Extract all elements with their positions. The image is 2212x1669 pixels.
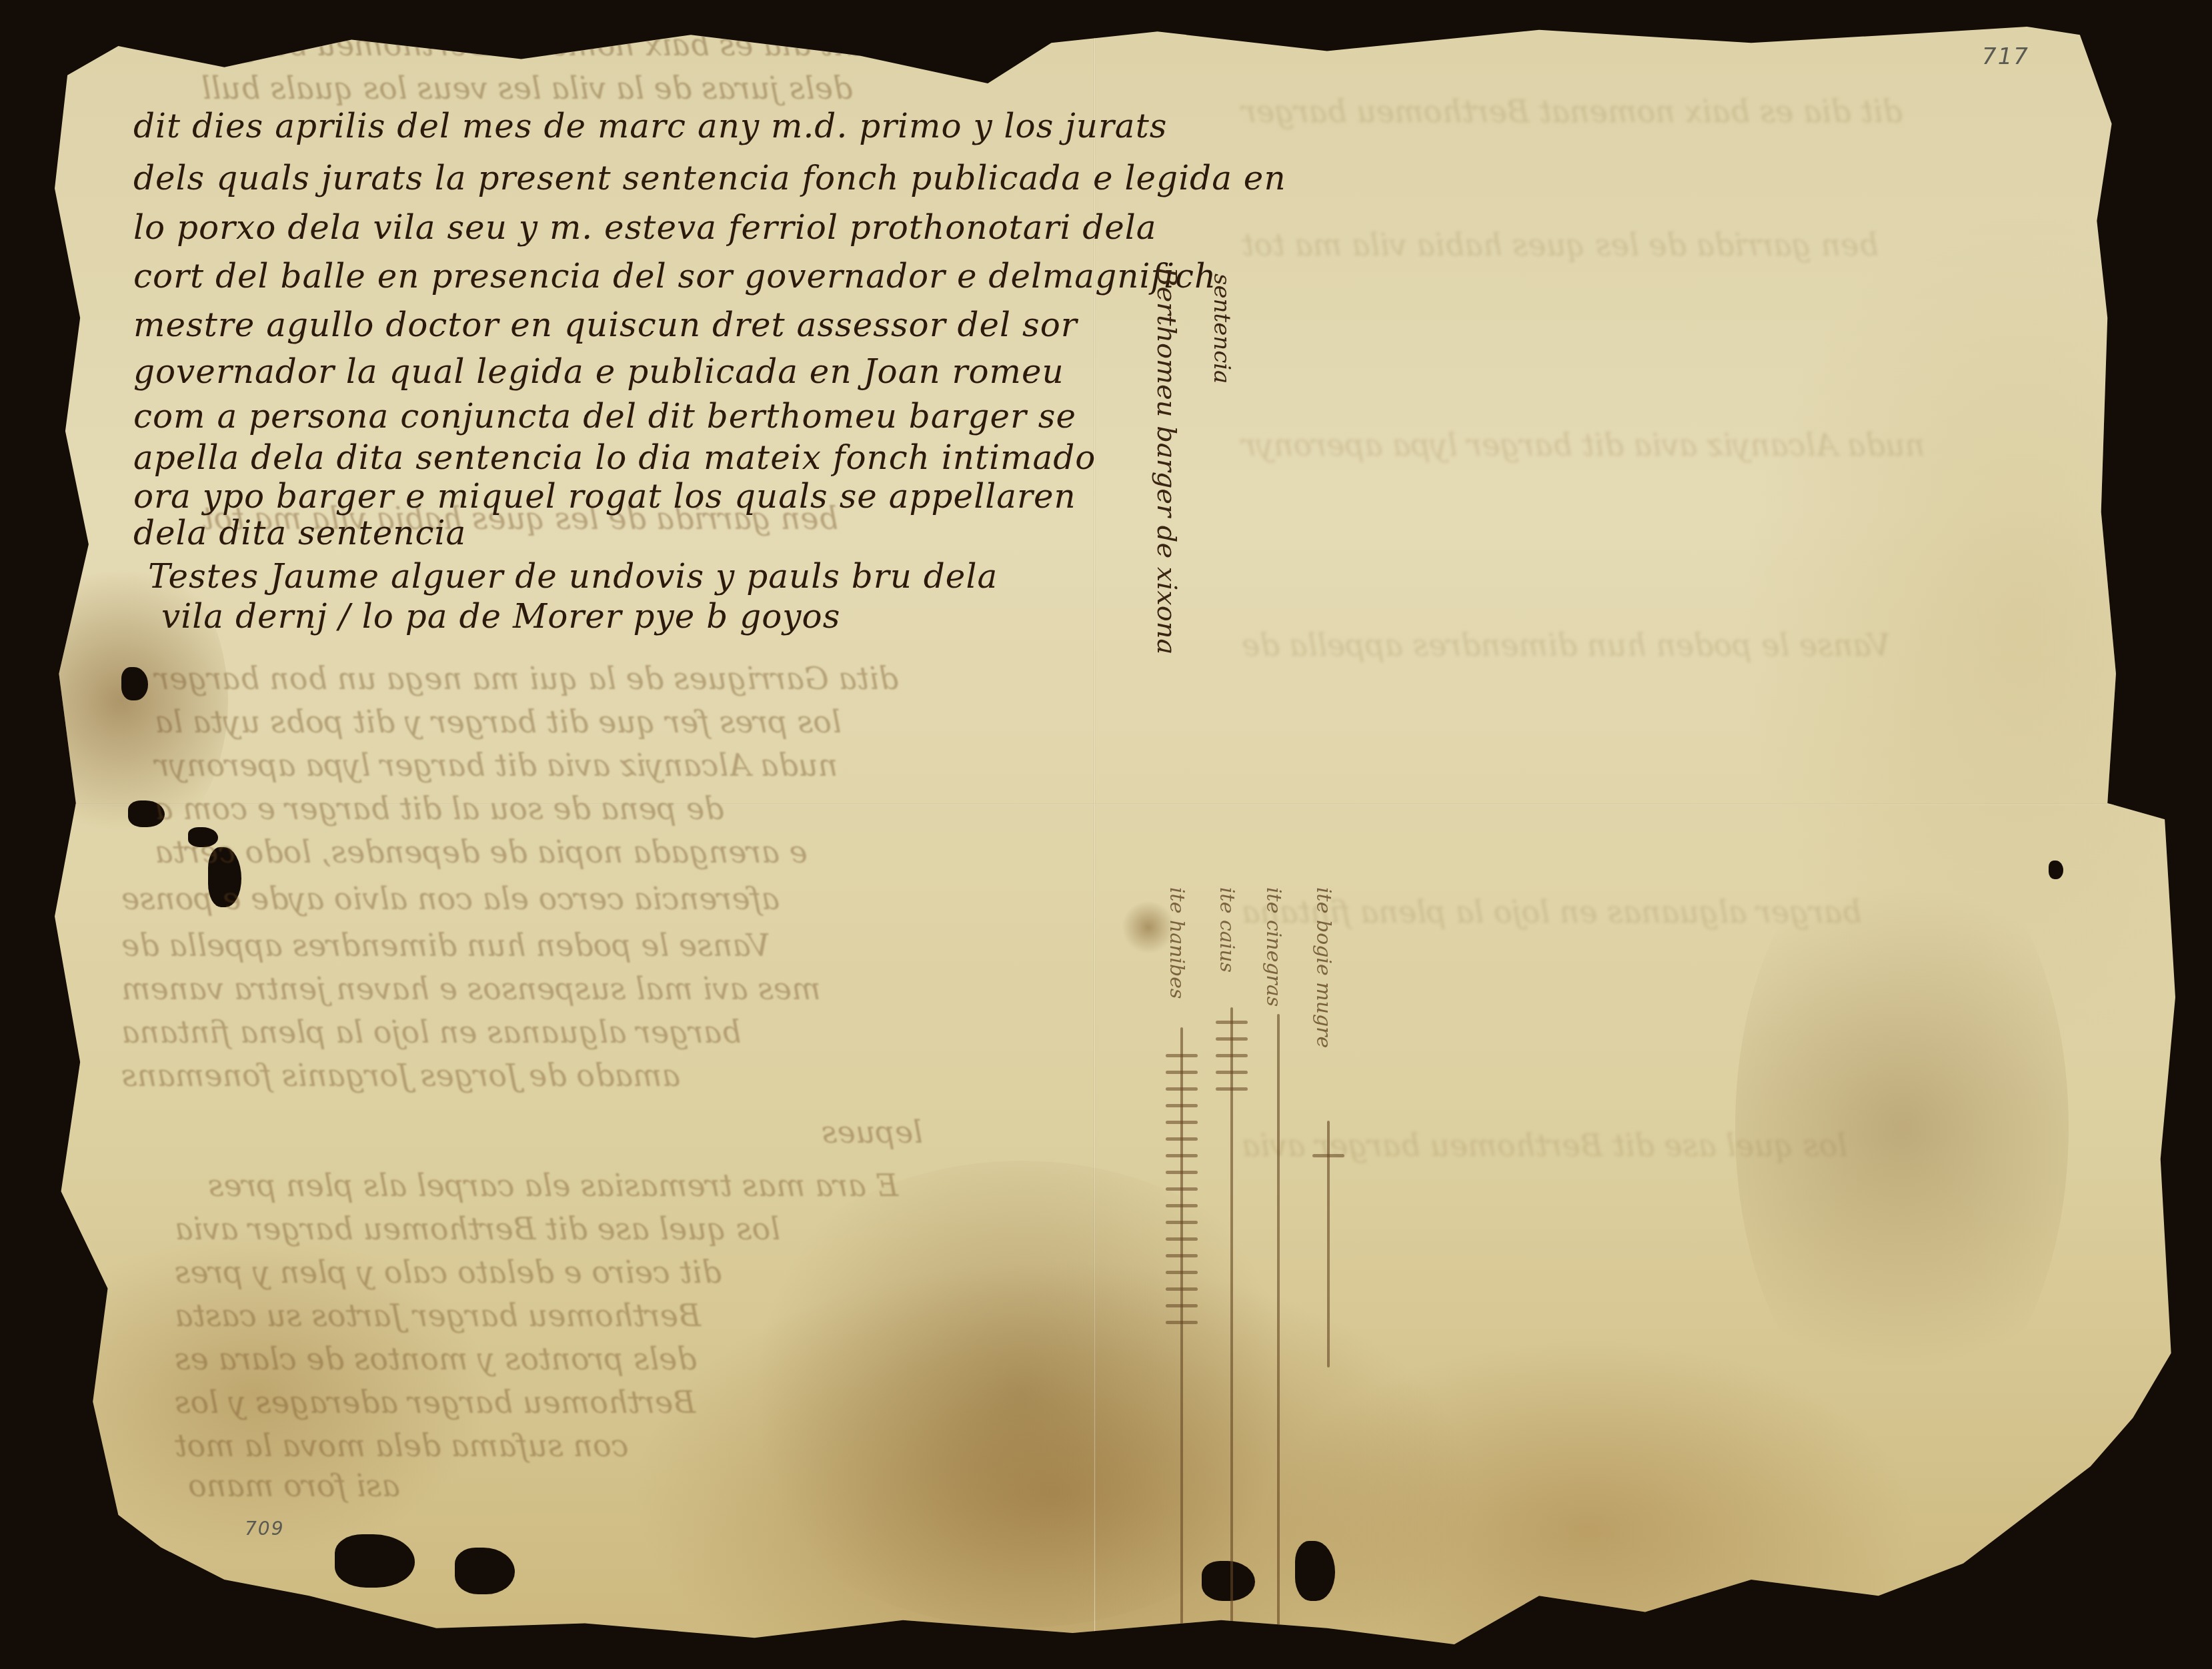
tally-mark <box>1166 1271 1198 1274</box>
tally-mark <box>1216 1021 1248 1024</box>
tally-mark <box>1166 1104 1198 1107</box>
tally-mark <box>1166 1221 1198 1224</box>
bleed-line: barger alguanas en lojo la plena fintana <box>121 1014 742 1050</box>
tally-mark <box>1166 1321 1198 1324</box>
witness-line: vila dernj / lo pa de Morer pye b goyos <box>161 597 840 636</box>
folio-number-top-left: 716 <box>221 12 269 39</box>
tally-mark <box>1216 1037 1248 1041</box>
text-line: ora ypo barger e miquel rogat los quals … <box>133 477 1076 516</box>
tally-mark <box>1216 1087 1248 1091</box>
manuscript-page: 716 717 709 dit dia es baix nomenat Bert… <box>55 27 2175 1644</box>
worm-hole <box>1295 1541 1335 1601</box>
worm-hole <box>455 1548 515 1594</box>
bleed-line: los pres fer que dit barger y dit pobs u… <box>155 704 842 740</box>
bleed-line: dit ceiro e delato calo y plen y pres <box>175 1254 722 1290</box>
bleed-line: amado de Jorges Jorganis fonemans <box>121 1057 680 1093</box>
tally-stem <box>1277 1014 1280 1654</box>
tally-mark <box>1166 1187 1198 1191</box>
bleed-line: los quel ase dit Berthomeu barger avia <box>175 1211 780 1247</box>
tally-mark <box>1166 1087 1198 1091</box>
text-line: mestre agullo doctor en quiscun dret ass… <box>133 306 1078 344</box>
folio-number-top-right: 717 <box>1982 43 2029 70</box>
worm-hole <box>335 1534 415 1588</box>
folio-number-bottom-left: 709 <box>245 1518 284 1540</box>
text-line: apella dela dita sentencia lo dia mateix… <box>133 438 1096 477</box>
bleed-line: aferencia cerco ela con alvio ayde e pon… <box>121 881 780 917</box>
tally-mark <box>1166 1304 1198 1307</box>
tally-column: ite hanibes <box>1162 887 1202 1661</box>
tally-column: ite bogie mugre <box>1308 887 1348 1421</box>
bleed-line: E ara mas tremasias ela carpel als plen … <box>208 1167 898 1203</box>
tally-stem <box>1180 1027 1183 1628</box>
tally-column: ite cinegras <box>1258 887 1298 1661</box>
worm-hole <box>2049 861 2063 879</box>
witness-line: Testes Jaume alguer de undovis y pauls b… <box>148 557 998 596</box>
tally-mark <box>1166 1171 1198 1174</box>
bleed-line: de pena de sou al dit barger e com a <box>155 790 724 826</box>
vertical-annotation: Berthomeu barger de xixona <box>1151 267 1182 654</box>
tally-column: ite caius <box>1212 887 1252 1661</box>
tally-label: ite caius <box>1215 887 1238 973</box>
bleed-line: mes avi mal suspensos e haven jentra van… <box>121 971 821 1007</box>
text-line: governador la qual legida e publicada en… <box>133 352 1064 391</box>
text-line: lo porxo dela vila seu y m. esteva ferri… <box>133 208 1157 247</box>
text-line: dit dies aprilis del mes de marc any m.d… <box>133 107 1167 145</box>
vertical-annotation-sub: sentencia <box>1208 273 1235 384</box>
tally-mark <box>1216 1071 1248 1074</box>
bleed-line: dels juras de la vila les veus los quals… <box>201 70 852 106</box>
bleed-line: Berthomeu barger Jartos su casta <box>175 1297 701 1333</box>
tally-mark <box>1166 1137 1198 1141</box>
bleed-line: Vanse le poden hun dimendres appella de <box>121 927 770 963</box>
bleed-line: nuda Alcanyiz avia dit barger lypa apero… <box>155 747 838 783</box>
tally-mark <box>1166 1071 1198 1074</box>
worm-hole <box>121 667 148 700</box>
bleed-line: nuda Alcanyiz avia dit barger lypa apero… <box>1242 427 1925 463</box>
tally-label: ite hanibes <box>1165 887 1188 999</box>
bleed-line: ben garrida de les ques habia vila ma to… <box>1242 227 1879 263</box>
tally-mark <box>1166 1154 1198 1157</box>
bleed-line: dit dia es baix nomenat Berthomeu barger <box>1242 93 1903 129</box>
tally-mark <box>1166 1121 1198 1124</box>
bleed-line: Vanse le poden hun dimendres appella de <box>1242 627 1891 663</box>
bleed-line: Berthomeu barger aderages y los <box>175 1384 696 1420</box>
tally-mark <box>1312 1154 1344 1157</box>
text-line: com a persona conjuncta del dit berthome… <box>133 397 1076 436</box>
bleed-line: e arengada nopia de dependes, lodo certa <box>155 834 808 870</box>
tally-stem <box>1230 1007 1233 1641</box>
bleed-line: dit dia es baix nomenat Berthomeu barger <box>201 27 862 63</box>
tally-label: ite bogie mugre <box>1312 887 1335 1048</box>
tally-label: ite cinegras <box>1262 887 1285 1007</box>
tally-stem <box>1327 1121 1330 1367</box>
tally-mark <box>1166 1237 1198 1241</box>
tally-mark <box>1166 1254 1198 1257</box>
text-line: cort del balle en presencia del sor gove… <box>133 257 1216 296</box>
text-line: dela dita sentencia <box>133 514 466 552</box>
text-line: dels quals jurats la present sentencia f… <box>133 159 1286 197</box>
tally-mark <box>1166 1287 1198 1291</box>
bleed-line: asi foro mano <box>188 1468 400 1504</box>
tally-mark <box>1216 1054 1248 1057</box>
bleed-line: con sufama dela mova la mot <box>175 1428 628 1464</box>
bleed-line: dita Garrigues de la qui ma nega un bon … <box>155 660 898 696</box>
bleed-line: lepues <box>822 1114 923 1150</box>
tally-mark <box>1166 1204 1198 1207</box>
bleed-line: dels prontos y montos de clara es <box>175 1341 697 1377</box>
tally-mark <box>1166 1054 1198 1057</box>
